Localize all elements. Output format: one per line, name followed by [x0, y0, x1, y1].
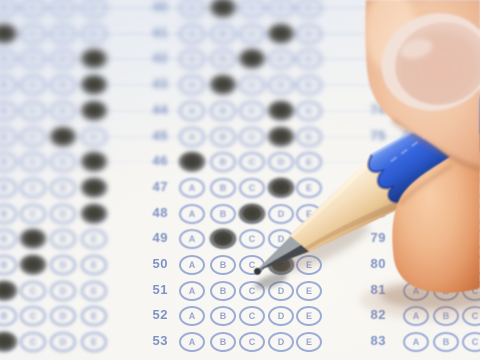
photo-scene: BCDEBCDEBCDEBCDEBCDEBCDEBCDEBCDEBCDEBCDE…: [0, 0, 480, 360]
hand-and-pencil-layer: [0, 0, 480, 360]
